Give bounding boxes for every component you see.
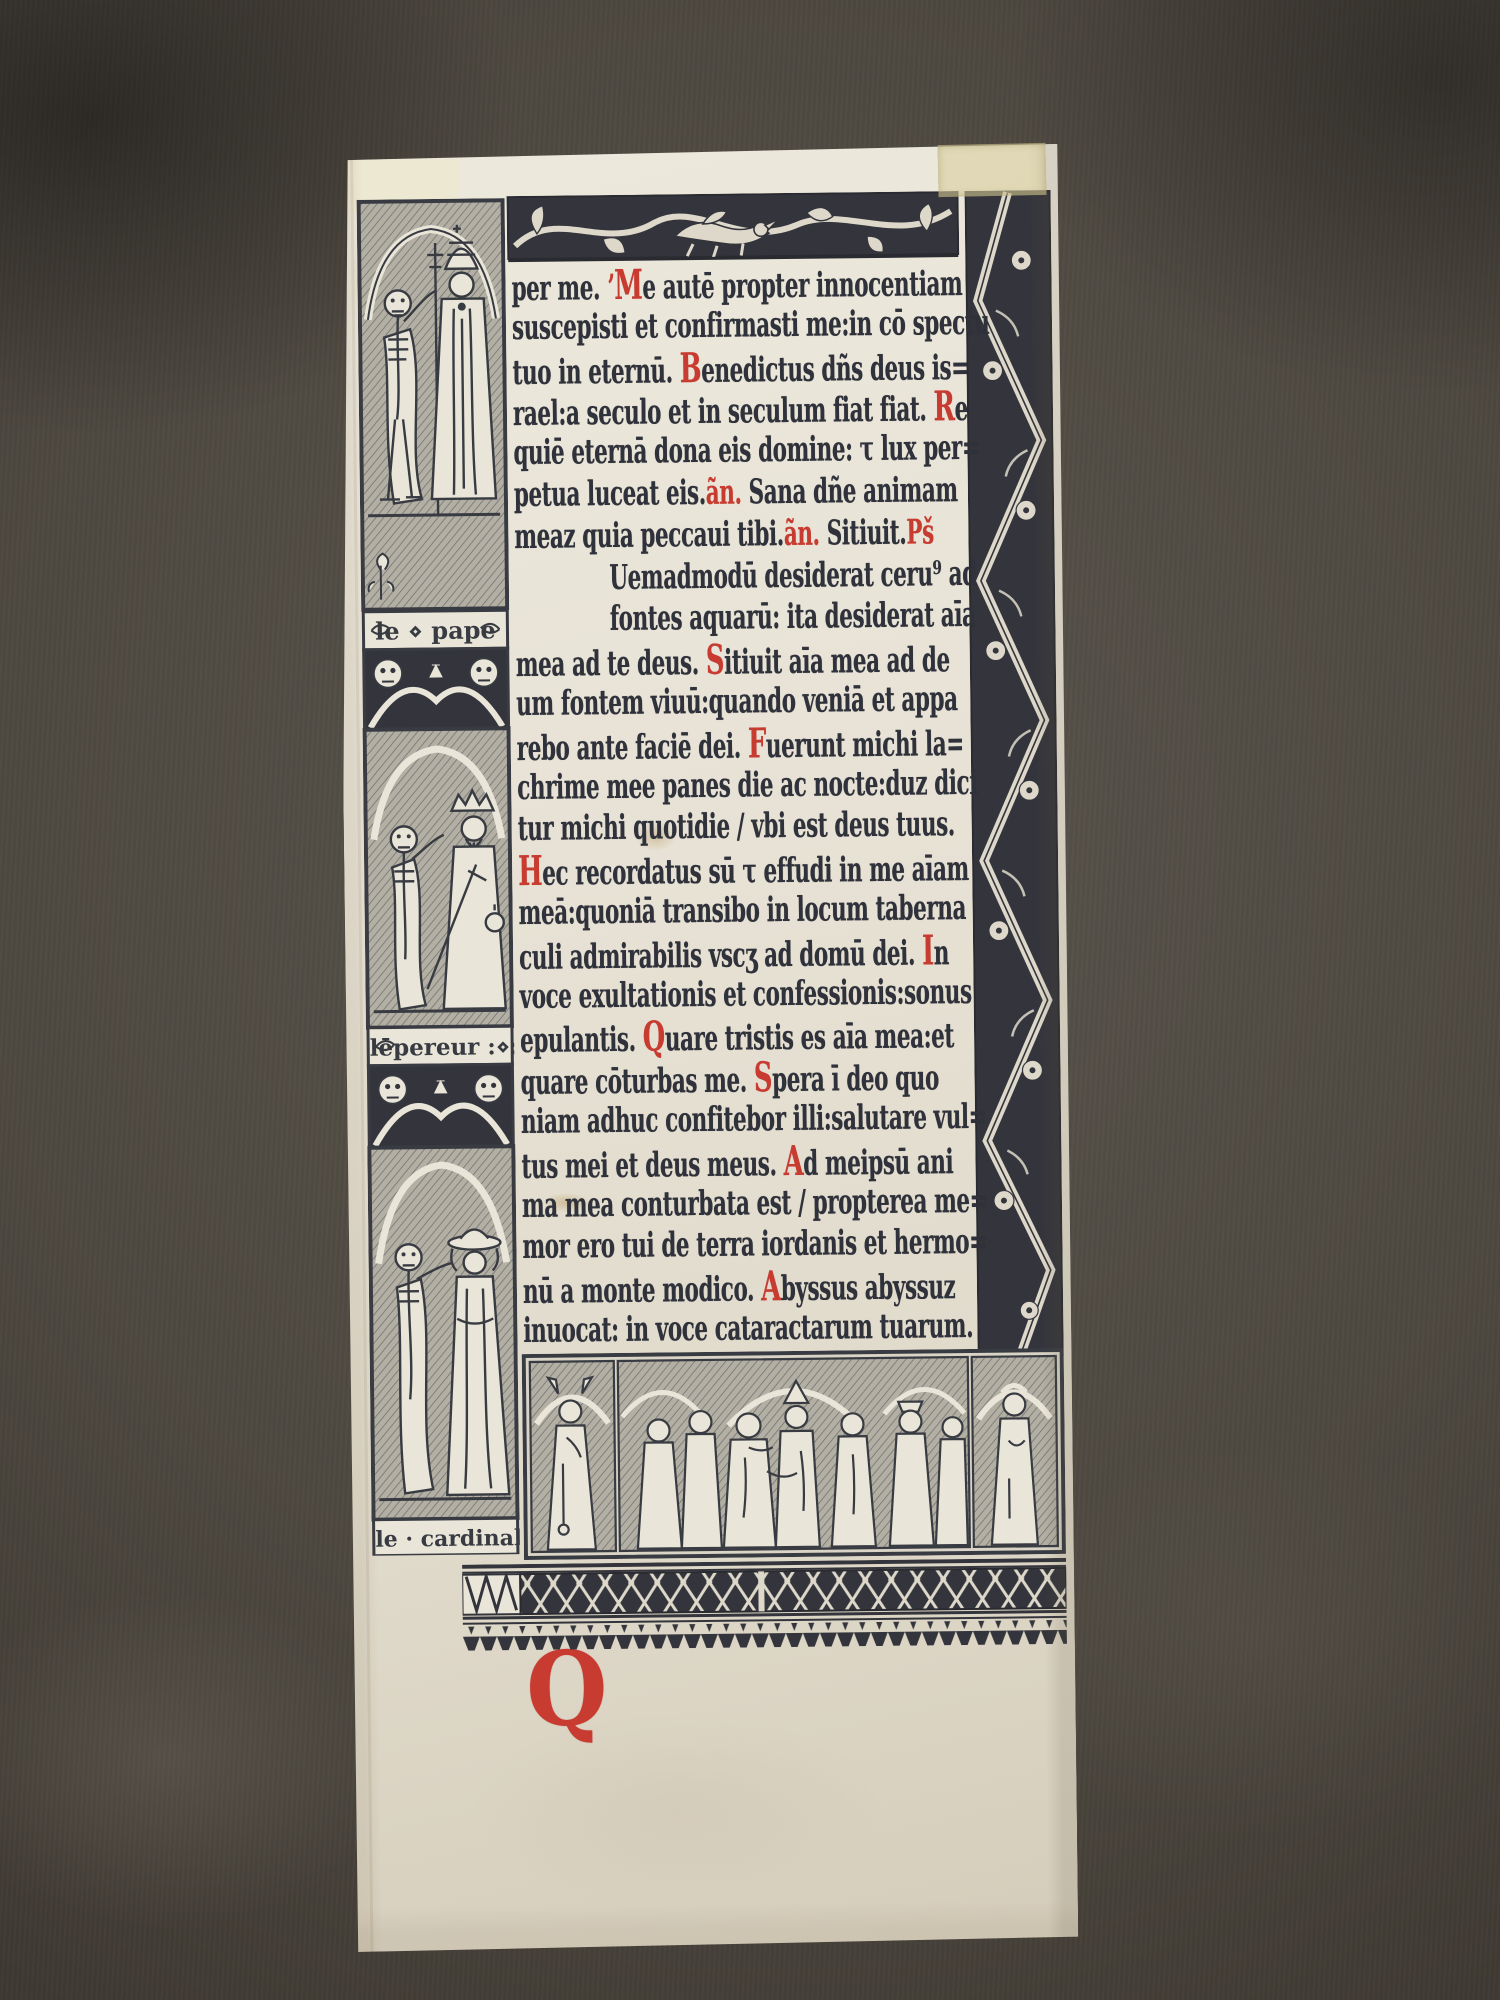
rubric-text: B xyxy=(679,344,701,392)
stain xyxy=(413,1685,936,1931)
body-text: rebo ante faciē dei. xyxy=(517,726,749,769)
body-text: nū a monte modico. xyxy=(523,1269,762,1312)
body-text: fontes aquarū: ita desiderat aīa xyxy=(610,595,976,639)
body-text: tuo in eternū. xyxy=(512,351,680,393)
tape-strip xyxy=(937,143,1046,197)
body-text: mea ad te deus. xyxy=(516,643,706,685)
text-line: meā:quoniā transibo in locum taberna xyxy=(518,888,971,935)
text-line: quare cōturbas me. Spera ī deo quo xyxy=(520,1055,973,1102)
rubric-text: R xyxy=(933,382,955,430)
body-text: byssus abyssuz xyxy=(781,1267,956,1309)
death-and-emperor-woodcut xyxy=(365,728,512,1028)
skull-frieze-icon xyxy=(368,1064,513,1148)
text-line: chrime mee panes die ac nocte:duz dici xyxy=(517,763,970,810)
rubric-text: H xyxy=(518,847,543,895)
text-line: ma mea conturbata est / propterea me= xyxy=(522,1180,975,1227)
body-text: ma mea conturbata est / propterea me= xyxy=(522,1180,988,1225)
body-text: niam adhuc confitebor illi:salutare vul= xyxy=(521,1097,987,1142)
text-line: suscepisti et confirmasti me:in cō spect… xyxy=(512,303,965,350)
body-text: ec recordatus sū τ effudi in me aīam xyxy=(542,849,969,894)
body-text: n xyxy=(934,933,950,973)
foliage-and-dragon-border xyxy=(507,191,960,266)
body-text: culi admirabilis vscʒ ad domū dei. xyxy=(519,933,922,978)
body-text: meaz quia peccaui tibi. xyxy=(514,514,784,557)
text-line: mea ad te deus. Sitiuit aīa mea ad de xyxy=(516,637,969,684)
banderole-pope: le ⋄ pape xyxy=(363,610,507,650)
rubric-text: ãn. xyxy=(784,513,820,553)
body-text: inuocat: in voce cataractarum tuarum. xyxy=(523,1306,973,1351)
vellum-leaf: le ⋄ pape xyxy=(336,144,1078,1952)
text-line: epulantis. Quare tristis es aīa mea:et xyxy=(520,1013,973,1060)
latin-text-column: per me. ʼMe autē propter innocentiamsusc… xyxy=(511,261,975,1358)
body-text: mor ero tui de terra iordanis et hermo= xyxy=(522,1222,987,1267)
rubric-text: ãn. xyxy=(706,473,742,513)
danse-macabre-border: le ⋄ pape xyxy=(357,198,520,1556)
body-text: e xyxy=(954,389,968,429)
banderole-emperor-label: lēpereur :⋄: xyxy=(370,1033,519,1062)
body-text: quiē eternā dona eis domine: τ lux per= xyxy=(513,428,980,473)
rubric-text: A xyxy=(783,1137,803,1185)
body-text: chrime mee panes die ac nocte:duz dici xyxy=(517,762,977,807)
text-line: meaz quia peccaui tibi.ãn. Sitiuit.Pš xyxy=(514,512,967,559)
text-line: mor ero tui de terra iordanis et hermo= xyxy=(522,1222,975,1269)
body-text: Sitiuit. xyxy=(819,512,906,553)
body-text: uerunt michi la= xyxy=(766,724,964,766)
death-and-cardinal-woodcut xyxy=(369,1146,517,1520)
banderole-cardinal: ⋄ le · cardinal · xyxy=(357,1518,520,1556)
body-text: meā:quoniā transibo in locum taberna xyxy=(518,888,966,933)
death-and-pope-woodcut xyxy=(359,200,508,610)
drop-cap-initial: Q xyxy=(526,1638,608,1741)
rubric-text: S xyxy=(706,636,725,684)
text-line: tuo in eternū. Benedictus dñs deus is= xyxy=(512,345,965,392)
body-text: uare tristis es aīa mea:et xyxy=(665,1016,954,1059)
text-lines: per me. ʼMe autē propter innocentiamsusc… xyxy=(511,261,976,1353)
body-text: rael:a seculo et in seculum fiat fiat. xyxy=(513,390,934,435)
text-line: um fontem viuū:quando veniā et appa xyxy=(516,679,969,726)
niche-figure-left xyxy=(530,1361,616,1552)
rubric-text: A xyxy=(761,1262,781,1310)
text-line: voce exultationis et confessionis:sonus xyxy=(519,971,972,1018)
banderole-emperor: lēpereur :⋄: xyxy=(368,1026,519,1066)
text-line: rebo ante faciē dei. Fuerunt michi la= xyxy=(517,721,970,768)
text-line: petua luceat eis.ãn. Sana dñe animam xyxy=(514,470,967,517)
body-text: per me. xyxy=(511,268,607,309)
text-line: nū a monte modico. Abyssus abyssuz xyxy=(523,1264,976,1311)
text-line: niam adhuc confitebor illi:salutare vul= xyxy=(521,1097,974,1144)
betrothal-scene-woodcut xyxy=(522,1348,1066,1560)
rubric-text: M xyxy=(614,261,643,309)
rubric-text: F xyxy=(748,719,767,767)
body-text: tur michi quotidie / vbi est deus tuus. xyxy=(517,804,955,849)
betrothal-group xyxy=(618,1357,970,1551)
body-text: epulantis. xyxy=(520,1020,643,1061)
text-line: Hec recordatus sū τ effudi in me aīam xyxy=(518,846,971,893)
body-text: quare cōturbas me. xyxy=(520,1061,754,1104)
body-text: e autē propter innocentiam xyxy=(642,264,962,308)
rubric-text: Pš xyxy=(906,512,934,552)
text-line: inuocat: in voce cataractarum tuarum. xyxy=(523,1306,976,1353)
body-text: tus mei et deus meus. xyxy=(521,1144,784,1187)
text-line: fontes aquarū: ita desiderat aīa xyxy=(515,595,968,642)
rubric-text: I xyxy=(922,926,934,974)
text-line: quiē eternā dona eis domine: τ lux per= xyxy=(513,428,966,475)
body-text: petua luceat eis. xyxy=(514,473,706,515)
body-text: Sana dñe animam xyxy=(741,470,958,512)
body-text: enedictus dñs deus is= xyxy=(701,348,969,391)
text-line: culi admirabilis vscʒ ad domū dei. In xyxy=(519,930,972,977)
niche-figure-right xyxy=(972,1356,1058,1547)
lattice-and-fringe-border xyxy=(462,1558,1067,1651)
photo-of-book-of-hours-leaf: le ⋄ pape xyxy=(0,0,1500,2000)
body-text: d meipsū ani xyxy=(803,1142,953,1184)
body-text: um fontem viuū:quando veniā et appa xyxy=(516,679,958,724)
body-text: voce exultationis et confessionis:sonus xyxy=(519,971,971,1016)
text-line: tus mei et deus meus. Ad meipsū ani xyxy=(521,1139,974,1186)
text-line: per me. ʼMe autē propter innocentiam xyxy=(511,261,964,308)
body-text: Uemadmodū desiderat ceru⁹ ad xyxy=(609,553,977,597)
rubric-text: S xyxy=(754,1053,773,1101)
text-line: rael:a seculo et in seculum fiat fiat. R… xyxy=(513,386,966,433)
skull-frieze-icon xyxy=(364,648,509,730)
banderole-pope-label: le ⋄ pape xyxy=(375,615,496,645)
banderole-cardinal-label: ⋄ le · cardinal · xyxy=(357,1525,520,1553)
body-text: suscepisti et confirmasti me:in cō spect… xyxy=(512,302,990,347)
body-text: pera ī deo quo xyxy=(772,1058,939,1100)
body-text: itiuit aīa mea ad de xyxy=(724,640,950,683)
text-line: Uemadmodū desiderat ceru⁹ ad xyxy=(515,554,968,601)
rubric-text: Q xyxy=(642,1013,665,1061)
text-line: tur michi quotidie / vbi est deus tuus. xyxy=(517,804,970,851)
